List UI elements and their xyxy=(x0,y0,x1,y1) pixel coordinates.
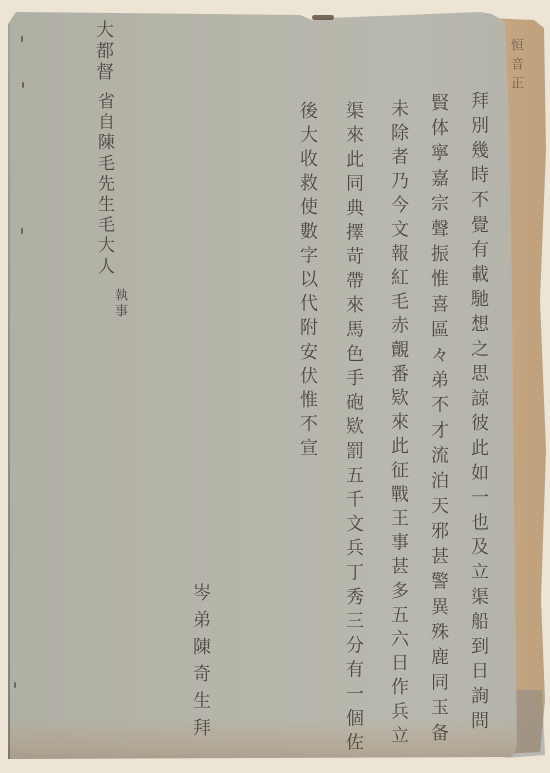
body-column-2: 賢体寧嘉宗聲振惟喜區々弟不才流泊天邪甚警異殊鹿同玉备 xyxy=(429,93,447,748)
ink-mark xyxy=(21,36,23,42)
signature: 岑弟陳奇生拜 xyxy=(191,583,209,745)
body-column-5: 後大收救使數字以代附安伏惟不宣 xyxy=(298,101,316,463)
sheet-left-edge xyxy=(8,24,10,759)
backing-sheet-label: 恒音正 xyxy=(509,38,522,95)
body-column-3: 未除者乃今文報紅毛赤覿番欵來此征戰王事甚多五六日作兵立 xyxy=(389,99,407,750)
paper-tear-mark xyxy=(312,15,334,20)
body-column-4: 渠來此同典擇苛帶來馬色手砲欵罰五千文兵丁秀三分有一個佐 xyxy=(344,101,362,757)
addressee-name: 省自陳毛先生毛大人 xyxy=(95,92,112,277)
body-column-1: 拜別幾時不覺有載馳想之思諒彼此如一也及立渠船到日詢問 xyxy=(469,91,487,736)
ink-mark xyxy=(14,682,16,688)
addressee-honorific: 執事 xyxy=(113,288,126,320)
ink-mark xyxy=(22,82,24,88)
addressee-title: 大都督 xyxy=(94,20,112,83)
ink-mark xyxy=(21,228,23,234)
